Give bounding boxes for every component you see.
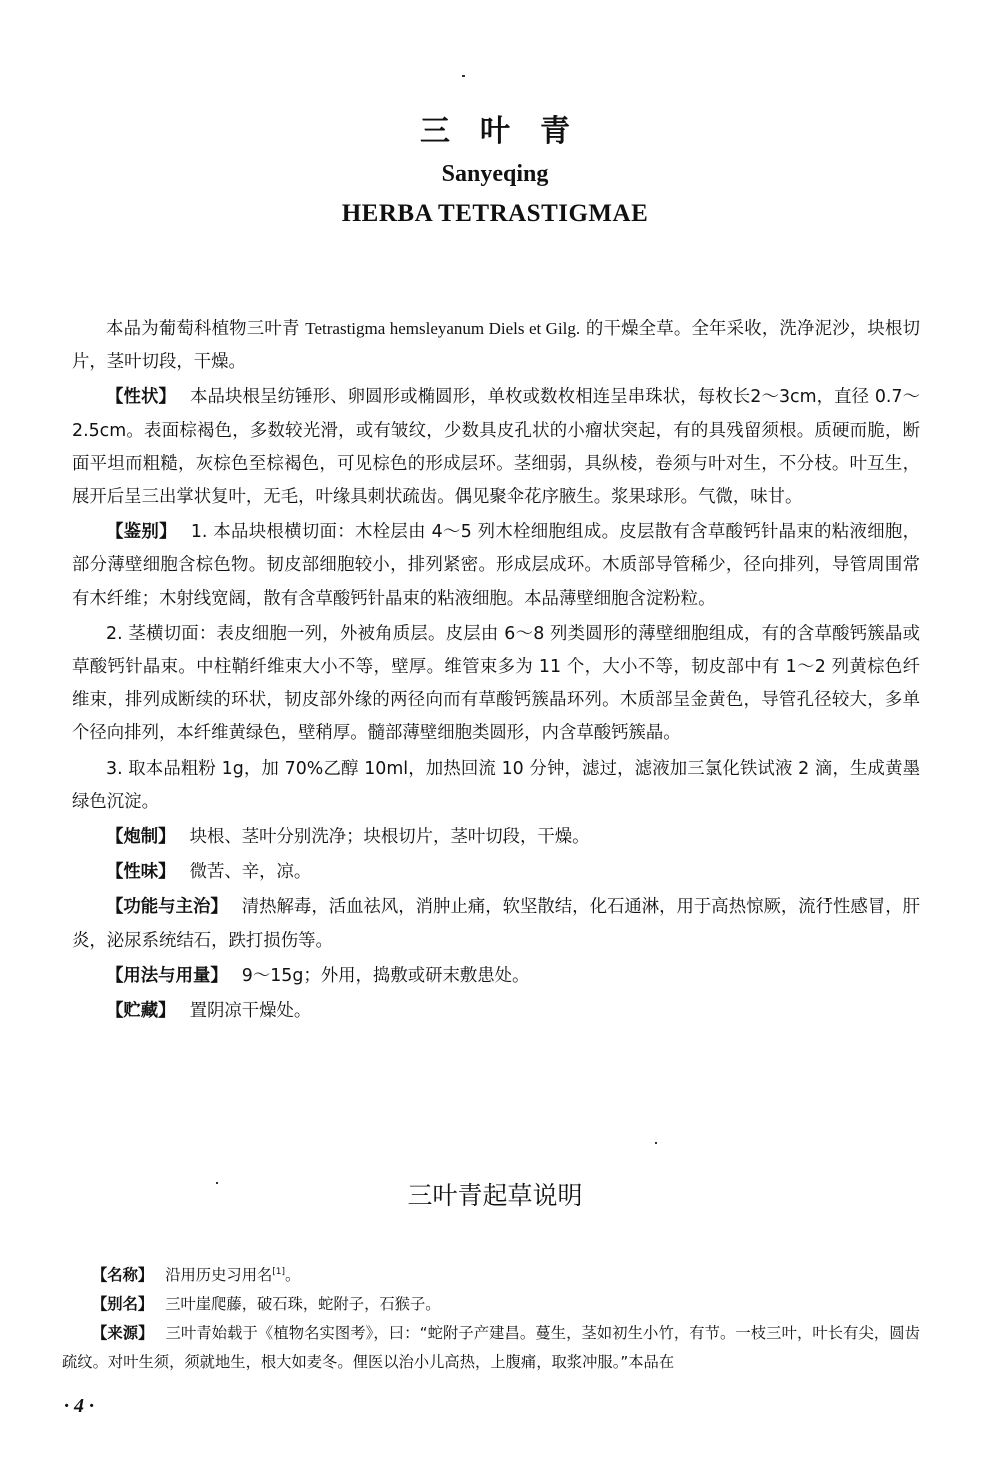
- section-identification: 【鉴别】1. 本品块根横切面：木栓层由 4～5 列木栓细胞组成。皮层散有含草酸钙…: [72, 516, 920, 616]
- note-label: 【来源】: [92, 1324, 154, 1342]
- section-text: 3. 取本品粗粉 1g，加 70%乙醇 10ml，加热回流 10 分钟，滤过，滤…: [72, 759, 920, 812]
- section-text: 本品块根呈纺锤形、卵圆形或椭圆形，单枚或数枚相连呈串珠状，每枚长2～3cm，直径…: [72, 387, 920, 507]
- monograph-title-chinese: 三叶青: [0, 112, 990, 152]
- section-text: 1. 本品块根横切面：木栓层由 4～5 列木栓细胞组成。皮层散有含草酸钙针晶束的…: [72, 522, 920, 608]
- section-label: 【鉴别】: [106, 522, 177, 542]
- drafting-notes-body: 【名称】沿用历史习用名[1]。 【别名】三叶崖爬藤，破石珠，蛇附子，石猴子。 【…: [62, 1261, 920, 1377]
- latin-species-name: Tetrastigma hemsleyanum Diels et Gilg.: [305, 319, 580, 338]
- intro-text-before: 本品为葡萄科植物三叶青: [106, 319, 305, 339]
- intro-paragraph: 本品为葡萄科植物三叶青 Tetrastigma hemsleyanum Diel…: [72, 312, 920, 379]
- monograph-title-pinyin: Sanyeqing: [0, 158, 990, 190]
- section-processing: 【炮制】块根、茎叶分别洗净；块根切片，茎叶切段，干燥。: [72, 821, 920, 854]
- section-label: 【贮藏】: [106, 1001, 176, 1021]
- reference-link[interactable]: [1]: [272, 1267, 285, 1277]
- identification-item-2: 2. 茎横切面：表皮细胞一列，外被角质层。皮层由 6～8 列类圆形的薄壁细胞组成…: [72, 618, 920, 751]
- note-alias: 【别名】三叶崖爬藤，破石珠，蛇附子，石猴子。: [62, 1290, 920, 1319]
- section-storage: 【贮藏】置阴凉干燥处。: [72, 995, 920, 1028]
- section-actions-indications: 【功能与主治】清热解毒，活血祛风，消肿止痛，软坚散结，化石通淋，用于高热惊厥，流…: [72, 891, 920, 957]
- section-text: 置阴凉干燥处。: [190, 1001, 312, 1021]
- note-label: 【名称】: [92, 1266, 153, 1284]
- page-number: · 4 ·: [64, 1394, 94, 1418]
- section-text: 微苦、辛，凉。: [190, 862, 312, 882]
- section-text: 块根、茎叶分别洗净；块根切片，茎叶切段，干燥。: [190, 827, 590, 847]
- document-page: 三叶青 Sanyeqing HERBA TETRASTIGMAE 本品为葡萄科植…: [0, 0, 990, 1482]
- section-usage-dosage: 【用法与用量】9～15g；外用，捣敷或研末敷患处。: [72, 960, 920, 993]
- section-property-flavor: 【性味】微苦、辛，凉。: [72, 856, 920, 889]
- note-text: 沿用历史习用名: [165, 1266, 272, 1284]
- monograph-title-latin: HERBA TETRASTIGMAE: [0, 197, 990, 231]
- scan-speck: [462, 75, 465, 77]
- note-text-end: 。: [285, 1266, 300, 1284]
- monograph-body: 本品为葡萄科植物三叶青 Tetrastigma hemsleyanum Diel…: [72, 312, 920, 1028]
- section-label: 【功能与主治】: [106, 897, 228, 917]
- note-text: 三叶崖爬藤，破石珠，蛇附子，石猴子。: [165, 1295, 440, 1313]
- identification-item-3: 3. 取本品粗粉 1g，加 70%乙醇 10ml，加热回流 10 分钟，滤过，滤…: [72, 753, 920, 819]
- note-name: 【名称】沿用历史习用名[1]。: [62, 1261, 920, 1290]
- section-label: 【用法与用量】: [106, 966, 228, 986]
- section-characters: 【性状】本品块根呈纺锤形、卵圆形或椭圆形，单枚或数枚相连呈串珠状，每枚长2～3c…: [72, 381, 920, 514]
- note-source: 【来源】三叶青始载于《植物名实图考》，曰：“蛇附子产建昌。蔓生，茎如初生小竹，有…: [62, 1319, 920, 1377]
- section-text: 9～15g；外用，捣敷或研末敷患处。: [242, 966, 530, 986]
- scan-speck: [655, 1142, 657, 1144]
- section-label: 【炮制】: [106, 827, 176, 847]
- drafting-notes-title: 三叶青起草说明: [0, 1178, 990, 1214]
- note-label: 【别名】: [92, 1295, 153, 1313]
- section-label: 【性味】: [106, 862, 176, 882]
- note-text: 三叶青始载于《植物名实图考》，曰：“蛇附子产建昌。蔓生，茎如初生小竹，有节。一枝…: [62, 1324, 920, 1371]
- section-text: 2. 茎横切面：表皮细胞一列，外被角质层。皮层由 6～8 列类圆形的薄壁细胞组成…: [72, 624, 920, 744]
- section-label: 【性状】: [106, 387, 176, 407]
